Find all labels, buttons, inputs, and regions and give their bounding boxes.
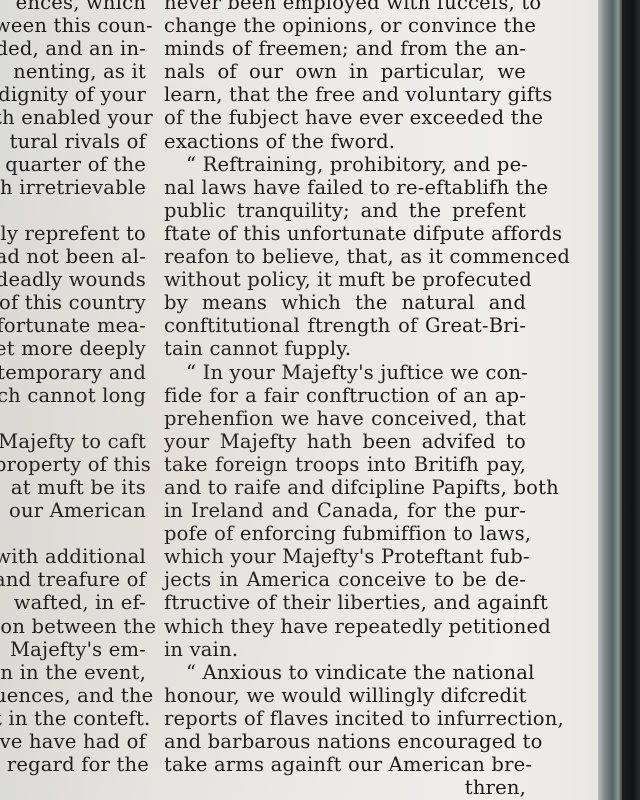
newspaper-page: ences, which ween this coun- ded, and an…	[0, 0, 598, 800]
text-line: th enabled your	[0, 106, 146, 129]
paragraph-gap	[0, 199, 146, 222]
text-line: honour, we would willingly difcredit	[164, 684, 526, 707]
paragraph-gap	[0, 522, 146, 545]
text-line: nenting, as it	[0, 60, 146, 83]
text-line: and barbarous nations encouraged to	[164, 730, 526, 753]
text-line: property of this	[0, 453, 146, 476]
text-line: jects in America conceive to be de-	[164, 568, 526, 591]
paragraph-start-line: “ Reftraining, prohibitory, and pe-	[164, 153, 526, 176]
text-line: in Ireland and Canada, for the pur-	[164, 499, 526, 522]
text-line: reafon to believe, that, as it commenced	[164, 245, 526, 268]
left-text-column: ences, which ween this coun- ded, and an…	[0, 0, 146, 776]
right-text-column: never been employed with fuccefs, to cha…	[164, 0, 526, 799]
text-line: Majefty's em-	[0, 638, 146, 661]
text-line: dignity of your	[0, 83, 146, 106]
text-line: learn, that the free and voluntary gifts	[164, 83, 526, 106]
text-line: ve have had of	[0, 730, 146, 753]
text-line: l regard for the	[0, 753, 146, 776]
text-line: exactions of the fword.	[164, 130, 526, 153]
text-line: nals of our own in particular, we	[164, 60, 526, 83]
text-line: pofe of enforcing fubmiffion to laws,	[164, 522, 526, 545]
text-line: with additional	[0, 545, 146, 568]
text-line: of the fubject have ever exceeded the	[164, 106, 526, 129]
text-line: t in the conteft.	[0, 707, 146, 730]
book-binding-shadow	[622, 0, 640, 800]
text-line: et more deeply	[0, 337, 146, 360]
text-line: in in the event,	[0, 661, 146, 684]
text-line: fide for a fair conftruction of an ap-	[164, 384, 526, 407]
text-line: change the opinions, or convince the	[164, 14, 526, 37]
text-line: ly reprefent to	[0, 222, 146, 245]
text-line: Majefty to caft	[0, 430, 146, 453]
text-line: take foreign troops into Britifh pay,	[164, 453, 526, 476]
text-line: and to raife and difcipline Papifts, bot…	[164, 476, 526, 499]
catchword-line: thren,	[164, 776, 526, 799]
text-line: which they have repeatedly petitioned	[164, 615, 526, 638]
text-line: fortunate mea-	[0, 314, 146, 337]
text-line: nal laws have failed to re-eftablifh the	[164, 176, 526, 199]
text-line: conftitutional ftrength of Great-Bri-	[164, 314, 526, 337]
text-line: tain cannot fupply.	[164, 337, 526, 360]
page-edge-stack	[598, 0, 622, 800]
text-line: reports of flaves incited to infurrectio…	[164, 707, 526, 730]
text-line: h irretrievable	[0, 176, 146, 199]
text-line: tural rivals of	[0, 130, 146, 153]
text-line: prehenfion we have conceived, that	[164, 407, 526, 430]
text-line: ences, which	[0, 0, 146, 14]
text-line: take arms againft our American bre-	[164, 753, 526, 776]
text-line: in vain.	[164, 638, 526, 661]
text-line: wafted, in ef-	[0, 591, 146, 614]
text-line: which your Majefty's Proteftant fub-	[164, 545, 526, 568]
text-line: and treafure of	[0, 568, 146, 591]
text-line: ftructive of their liberties, and againf…	[164, 591, 526, 614]
paragraph-gap	[0, 407, 146, 430]
text-line: uences, and the	[0, 684, 146, 707]
text-line: our American	[0, 499, 146, 522]
text-line: minds of freemen; and from the an-	[164, 37, 526, 60]
paragraph-start-line: “ In your Majefty's juftice we con-	[164, 361, 526, 384]
text-line: quarter of the	[0, 153, 146, 176]
text-line: deadly wounds	[0, 268, 146, 291]
text-line: by means which the natural and	[164, 291, 526, 314]
text-line: of this country	[0, 291, 146, 314]
text-line: ftate of this unfortunate difpute afford…	[164, 222, 526, 245]
paragraph-start-line: “ Anxious to vindicate the national	[164, 661, 526, 684]
text-line: your Majefty hath been advifed to	[164, 430, 526, 453]
text-line: temporary and	[0, 361, 146, 384]
text-line: ween this coun-	[0, 14, 146, 37]
text-line: ch cannot long	[0, 384, 146, 407]
text-line: ad not been al-	[0, 245, 146, 268]
text-line: without policy, it muft be profecuted	[164, 268, 526, 291]
text-line: public tranquility; and the prefent	[164, 199, 526, 222]
text-line: ded, and an in-	[0, 37, 146, 60]
text-line: never been employed with fuccefs, to	[164, 0, 526, 14]
text-line: ion between the	[0, 615, 146, 638]
text-line: at muft be its	[0, 476, 146, 499]
